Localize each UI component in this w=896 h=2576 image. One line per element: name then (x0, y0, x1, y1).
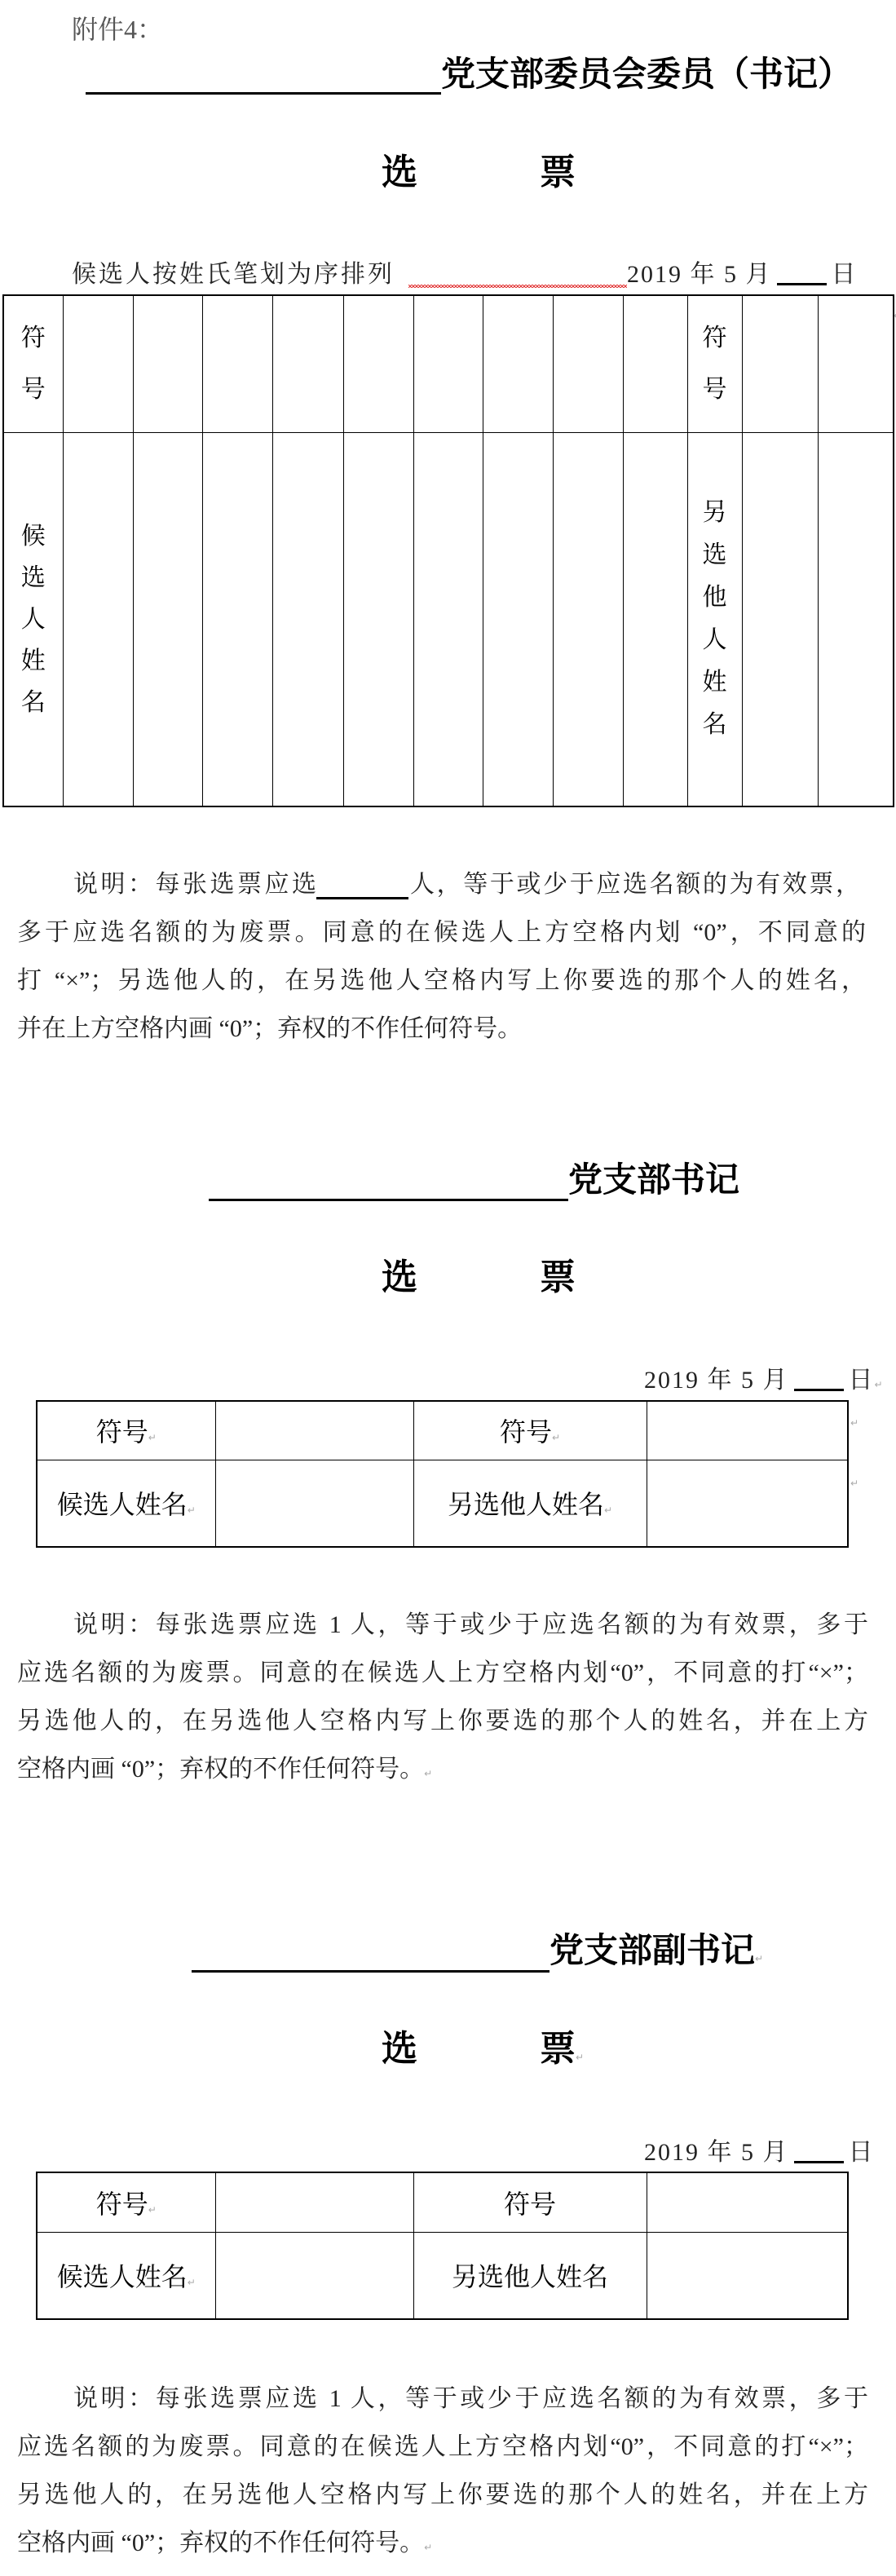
instructions-line: 打 “×”；另选他人的，在另选他人空格内写上你要选的那个人的姓名， (17, 957, 866, 1005)
candidate-name-label: 候选人姓名 (57, 1490, 188, 1519)
candidate-label-cell: 候选人姓名↵ (37, 1460, 215, 1547)
date-day-blank (777, 261, 827, 285)
candidate-symbol-cell (133, 295, 202, 432)
instructions-line: 应选名额的为废票。同意的在候选人上方空格内划“0”，不同意的打“×”； (17, 2424, 868, 2471)
date-prefix: 2019 年 5 月 (627, 261, 772, 288)
date-prefix: 2019 年 5 月 (644, 1367, 789, 1394)
candidate-symbol-cell (553, 295, 623, 432)
instructions-line: 说明：每张选票应选 1 人，等于或少于应选名额的为有效票，多于 (73, 2375, 868, 2423)
candidate-name-cell (413, 432, 483, 806)
paragraph-mark-icon: ↵ (552, 1432, 560, 1443)
heading-char-left: 选 (382, 2031, 417, 2067)
paragraph-mark-icon: ↵ (875, 1379, 883, 1390)
instructions-line: 多于应选名额的为废票。同意的在候选人上方空格内划 “0”，不同意的 (17, 909, 866, 957)
instructions-line: 并在上方空格内画 “0”；弃权的不作任何符号。 (17, 1005, 522, 1053)
heading-char-right: 票 (540, 1260, 576, 1296)
ballot-title: 党支部书记 (568, 1163, 739, 1199)
instructions-line: 说明：每张选票应选 1 人，等于或少于应选名额的为有效票，多于 (73, 1602, 868, 1649)
ballot-date: 2019 年 5 月日↵ (644, 1367, 883, 1398)
heading-char-right: 票 (540, 155, 576, 191)
write-in-name-label: 另选他人姓名 (703, 492, 727, 746)
ballot-title: 党支部副书记 (550, 1933, 755, 1970)
attachment-label: 附件4： (72, 15, 163, 43)
write-in-symbol-label: 符号 (504, 2189, 556, 2219)
name-row: 候选人姓名↵ 另选他人姓名 (37, 2232, 848, 2319)
ballot-table-deputy-secretary: 符号↵ 符号 候选人姓名↵ 另选他人姓名 (36, 2172, 849, 2320)
candidate-symbol-cell (202, 295, 272, 432)
paragraph-mark-icon: ↵ (424, 1768, 432, 1779)
instructions-line-last: 空格内画 “0”；弃权的不作任何符号。↵ (17, 1746, 432, 1797)
candidate-name-cell (63, 432, 133, 806)
write-in-name-label: 另选他人姓名 (448, 1490, 604, 1519)
symbol-label-cell: 符号↵ (37, 1401, 215, 1460)
heading-char-right: 票 (540, 2029, 576, 2069)
symbol-label: 符号 (96, 2189, 148, 2219)
candidate-symbol-cell (483, 295, 553, 432)
elect-count-blank (316, 897, 408, 899)
title-blank-line (192, 1970, 550, 1973)
paragraph-mark-icon: ↵ (850, 1478, 858, 1489)
candidate-label-cell: 候选人姓名 (3, 432, 63, 806)
write-in-symbol-label-cell: 符号 (413, 2172, 647, 2232)
ballot-table-secretary: 符号↵ 符号↵ 候选人姓名↵ 另选他人姓名↵ (36, 1400, 849, 1548)
candidate-name-cell (215, 2232, 413, 2319)
paragraph-mark-icon: ↵ (850, 1417, 858, 1429)
write-in-name-cell (647, 2232, 848, 2319)
write-in-symbol-label: 符号 (703, 312, 727, 415)
candidate-name-cell (483, 432, 553, 806)
paragraph-mark-icon: ↵ (148, 1432, 157, 1443)
name-row: 候选人姓名 另选他人姓名 (3, 432, 894, 806)
paragraph-mark-icon: ↵ (755, 1953, 763, 1964)
write-in-symbol-cell (742, 295, 818, 432)
write-in-symbol-cell (647, 1401, 848, 1460)
write-in-label-cell: 另选他人姓名↵ (413, 1460, 647, 1547)
heading-char-left: 选 (382, 1260, 417, 1296)
write-in-name-label: 另选他人姓名 (452, 2262, 608, 2291)
paragraph-mark-icon: ↵ (604, 1505, 612, 1516)
title-blank-line (209, 1199, 568, 1201)
date-suffix: 日 (832, 261, 858, 288)
paragraph-mark-icon: ↵ (188, 1505, 196, 1516)
candidate-label-cell: 候选人姓名↵ (37, 2232, 215, 2319)
symbol-row: 符号 符号 (3, 295, 894, 432)
candidate-symbol-cell (215, 1401, 413, 1460)
write-in-symbol-cell (647, 2172, 848, 2232)
paragraph-mark-icon: ↵ (576, 2052, 584, 2063)
date-prefix: 2019 年 5 月 (644, 2139, 789, 2166)
paragraph-mark-icon: ↵ (424, 2542, 432, 2553)
write-in-label-cell: 另选他人姓名 (687, 432, 742, 806)
candidate-symbol-cell (63, 295, 133, 432)
candidate-symbol-cell (623, 295, 687, 432)
instructions-line-last: 空格内画 “0”；弃权的不作任何符号。↵ (17, 2520, 432, 2571)
candidate-name-label: 候选人姓名 (21, 515, 46, 723)
ballot-table-committee: 符号 符号 候选人姓名 另选他人姓名 (2, 294, 894, 807)
candidate-symbol-cell (272, 295, 343, 432)
candidate-name-cell (623, 432, 687, 806)
instructions-line: 应选名额的为废票。同意的在候选人上方空格内划“0”，不同意的打“×”； (17, 1650, 868, 1697)
name-row: 候选人姓名↵ 另选他人姓名↵ (37, 1460, 848, 1547)
ballot-date: 2019 年 5 月日 (644, 2139, 875, 2167)
title-blank-line (86, 92, 441, 95)
symbol-label: 符号 (96, 1417, 148, 1447)
ballot-date: 2019 年 5 月日 (627, 261, 858, 289)
candidate-name-cell (553, 432, 623, 806)
write-in-name-cell (818, 432, 894, 806)
write-in-symbol-label: 符号 (500, 1417, 552, 1447)
write-in-symbol-cell (818, 295, 894, 432)
write-in-symbol-label-cell: 符号↵ (413, 1401, 647, 1460)
symbol-row: 符号↵ 符号 (37, 2172, 848, 2232)
date-day-blank (794, 1367, 844, 1391)
heading-char-right-row: 票↵ (540, 2031, 584, 2075)
candidate-symbol-cell (215, 2172, 413, 2232)
candidate-name-cell (272, 432, 343, 806)
date-day-blank (794, 2139, 844, 2163)
write-in-label-cell: 另选他人姓名 (413, 2232, 647, 2319)
paragraph-mark-icon: ↵ (188, 2277, 196, 2288)
ballot-title: 党支部委员会委员（书记） (441, 57, 852, 93)
symbol-label: 符号 (21, 312, 46, 415)
instructions-line: 空格内画 “0”；弃权的不作任何符号。 (17, 2530, 424, 2556)
paragraph-mark-icon: ↵ (148, 2204, 157, 2216)
candidate-name-label: 候选人姓名 (57, 2262, 188, 2291)
instructions-line: 人，等于或少于应选名额的为有效票， (410, 861, 860, 908)
candidate-symbol-cell (413, 295, 483, 432)
spellcheck-wavy-underline (408, 285, 627, 288)
date-suffix: 日 (849, 2139, 875, 2166)
document-page: 附件4： 党支部委员会委员（书记） 选 票 候选人按姓氏笔划为序排列 2019 … (0, 0, 896, 2576)
date-suffix: 日 (849, 1367, 875, 1394)
symbol-row: 符号↵ 符号↵ (37, 1401, 848, 1460)
instructions-line: 另选他人的，在另选他人空格内写上你要选的那个人的姓名，并在上方 (17, 2472, 868, 2519)
write-in-name-cell (647, 1460, 848, 1547)
candidate-symbol-cell (343, 295, 413, 432)
write-in-name-cell (742, 432, 818, 806)
symbol-label-cell: 符号↵ (37, 2172, 215, 2232)
write-in-symbol-label-cell: 符号 (687, 295, 742, 432)
instructions-line: 说明：每张选票应选 (73, 861, 316, 908)
ballot-title-row: 党支部副书记↵ (550, 1933, 763, 1977)
candidate-name-cell (343, 432, 413, 806)
symbol-label-cell: 符号 (3, 295, 63, 432)
candidate-name-cell (202, 432, 272, 806)
candidate-name-cell (133, 432, 202, 806)
candidate-name-cell (215, 1460, 413, 1547)
heading-char-left: 选 (382, 155, 417, 191)
ordering-note: 候选人按姓氏笔划为序排列 (72, 261, 395, 289)
instructions-line: 空格内画 “0”；弃权的不作任何符号。 (17, 1756, 424, 1783)
instructions-line: 另选他人的，在另选他人空格内写上你要选的那个人的姓名，并在上方 (17, 1698, 868, 1745)
